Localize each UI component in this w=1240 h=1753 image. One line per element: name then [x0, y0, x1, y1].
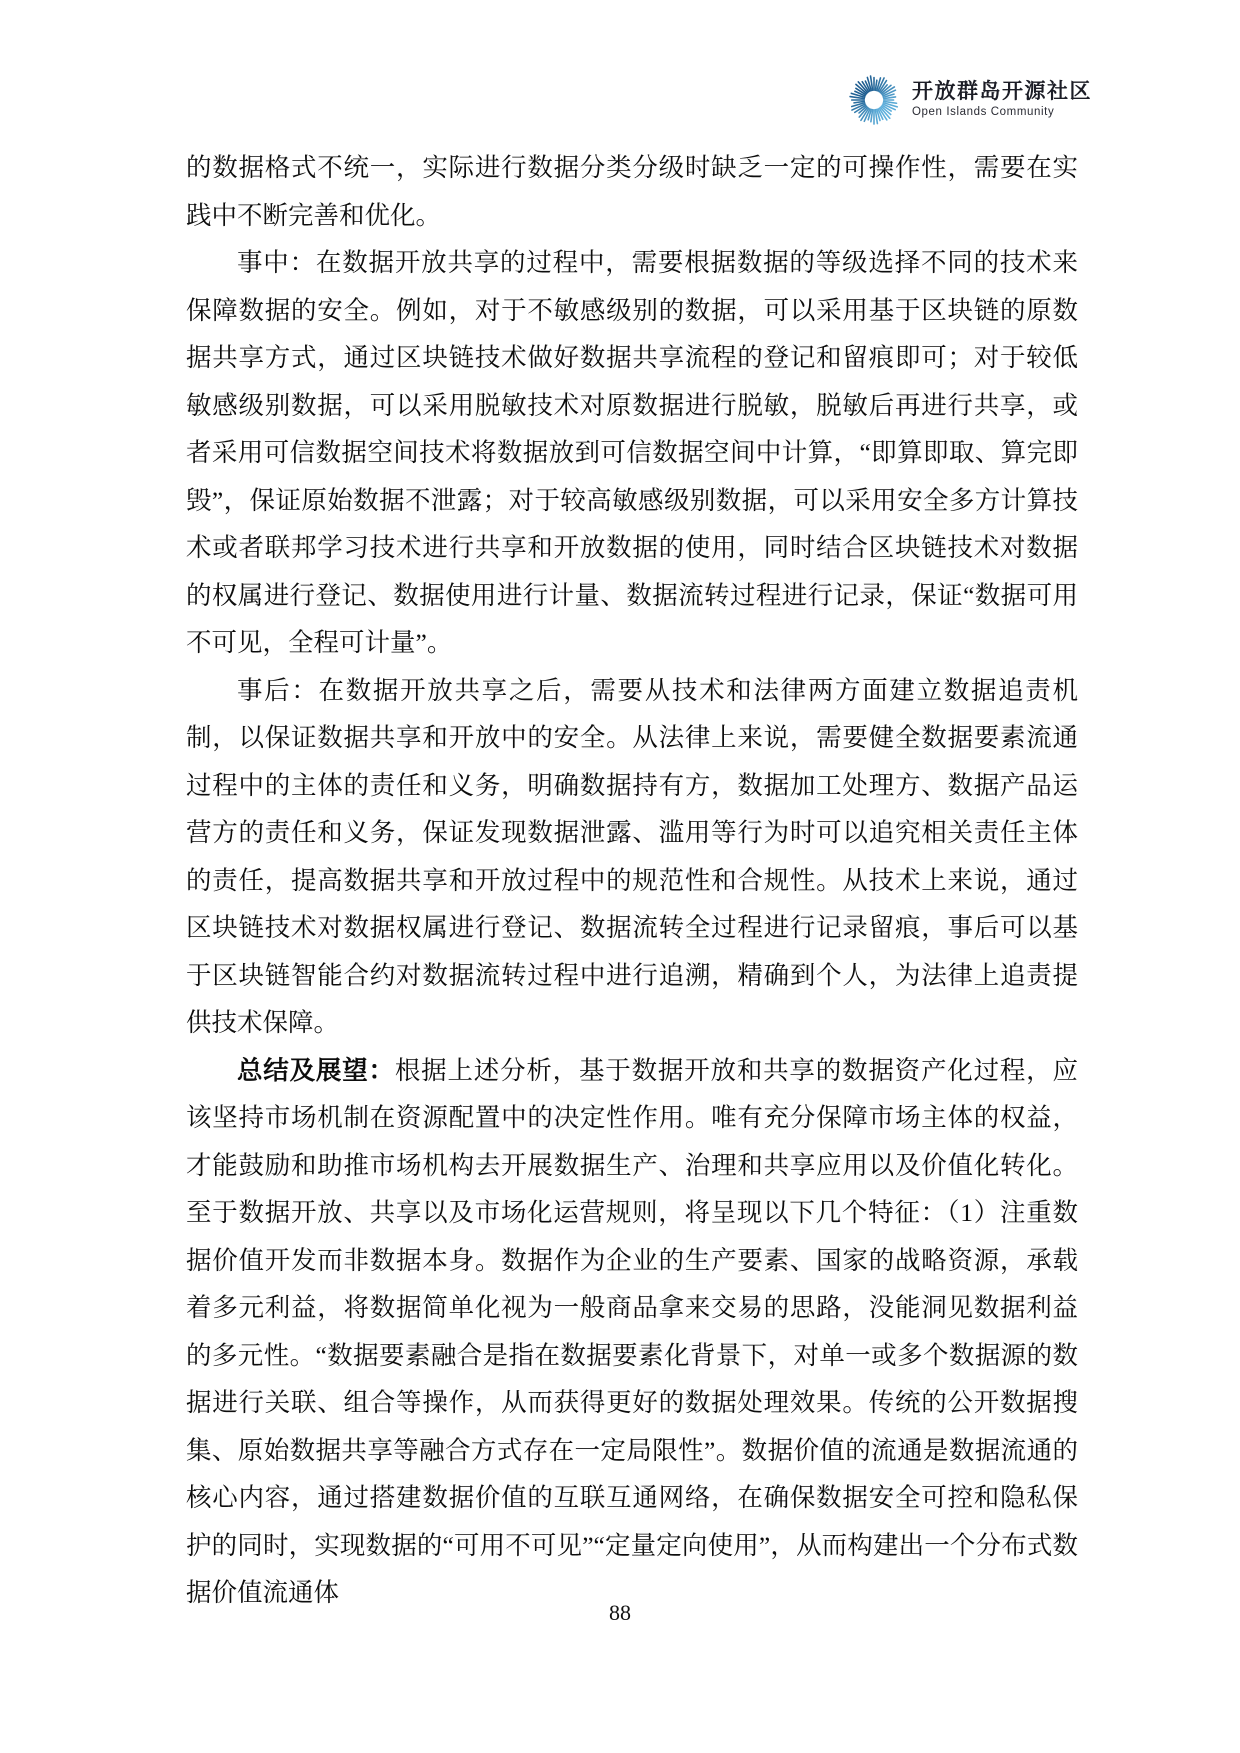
page-number: 88	[0, 1600, 1240, 1626]
paragraph-1-text: 的数据格式不统一，实际进行数据分类分级时缺乏一定的可操作性，需要在实践中不断完善…	[186, 153, 1078, 230]
paragraph-4-lead: 总结及展望：	[237, 1056, 395, 1085]
paragraph-3-text: 事后：在数据开放共享之后，需要从技术和法律两方面建立数据追责机制，以保证数据共享…	[186, 676, 1078, 1038]
paragraph-4: 总结及展望：根据上述分析，基于数据开放和共享的数据资产化过程，应该坚持市场机制在…	[186, 1047, 1078, 1617]
paragraph-1: 的数据格式不统一，实际进行数据分类分级时缺乏一定的可操作性，需要在实践中不断完善…	[186, 144, 1078, 239]
paragraph-2-text: 事中：在数据开放共享的过程中，需要根据数据的等级选择不同的技术来保障数据的安全。…	[186, 248, 1078, 657]
logo-title-en: Open Islands Community	[912, 106, 1092, 119]
header-logo: 开放群岛开源社区 Open Islands Community	[846, 72, 1092, 128]
document-page: 开放群岛开源社区 Open Islands Community 的数据格式不统一…	[0, 0, 1240, 1753]
logo-text-block: 开放群岛开源社区 Open Islands Community	[912, 80, 1092, 119]
logo-title-cn: 开放群岛开源社区	[912, 80, 1092, 104]
paragraph-2: 事中：在数据开放共享的过程中，需要根据数据的等级选择不同的技术来保障数据的安全。…	[186, 239, 1078, 667]
starburst-sunburst-icon	[846, 72, 902, 128]
paragraph-4-text: 根据上述分析，基于数据开放和共享的数据资产化过程，应该坚持市场机制在资源配置中的…	[186, 1056, 1078, 1608]
paragraph-3: 事后：在数据开放共享之后，需要从技术和法律两方面建立数据追责机制，以保证数据共享…	[186, 667, 1078, 1047]
document-body: 的数据格式不统一，实际进行数据分类分级时缺乏一定的可操作性，需要在实践中不断完善…	[186, 144, 1078, 1617]
